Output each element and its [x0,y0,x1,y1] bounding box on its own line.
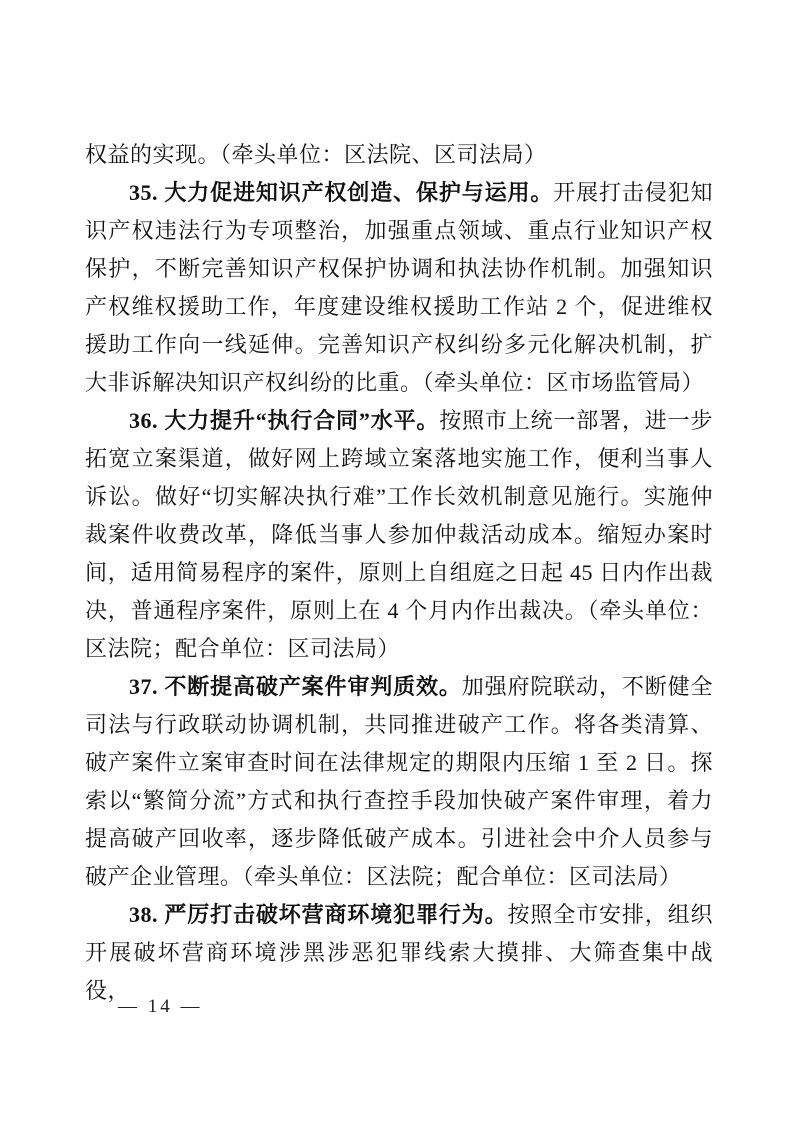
paragraph-item-36: 36. 大力提升“执行合同”水平。按照市上统一部署，进一步拓宽立案渠道，做好网上… [85,402,713,668]
paragraph-item-38: 38. 严厉打击破坏营商环境犯罪行为。按照全市安排，组织开展破坏营商环境涉黑涉恶… [85,896,713,1010]
paragraph-item-35-heading: 35. 大力促进知识产权创造、保护与运用。 [129,180,553,205]
paragraph-item-37: 37. 不断提高破产案件审判质效。加强府院联动，不断健全司法与行政联动协调机制，… [85,668,713,896]
paragraph-item-38-heading: 38. 严厉打击破坏营商环境犯罪行为。 [129,902,507,927]
paragraph-item-35: 35. 大力促进知识产权创造、保护与运用。开展打击侵犯知识产权违法行为专项整治，… [85,174,713,402]
paragraph-item-35-text: 开展打击侵犯知识产权违法行为专项整治，加强重点领域、重点行业知识产权保护，不断完… [85,180,713,395]
page-number: — 14 — [118,996,203,1018]
paragraph-continuation: 权益的实现。（牵头单位：区法院、区司法局） [85,136,713,174]
paragraph-continuation-text: 权益的实现。（牵头单位：区法院、区司法局） [85,142,547,167]
paragraph-item-36-text: 按照市上统一部署，进一步拓宽立案渠道，做好网上跨域立案落地实施工作，便利当事人诉… [85,408,713,661]
document-body: 权益的实现。（牵头单位：区法院、区司法局） 35. 大力促进知识产权创造、保护与… [85,136,713,1010]
document-page: 权益的实现。（牵头单位：区法院、区司法局） 35. 大力促进知识产权创造、保护与… [0,0,793,1122]
paragraph-item-37-text: 加强府院联动，不断健全司法与行政联动协调机制，共同推进破产工作。将各类清算、破产… [85,674,713,889]
paragraph-item-37-heading: 37. 不断提高破产案件审判质效。 [129,674,462,699]
paragraph-item-36-heading: 36. 大力提升“执行合同”水平。 [129,408,439,433]
